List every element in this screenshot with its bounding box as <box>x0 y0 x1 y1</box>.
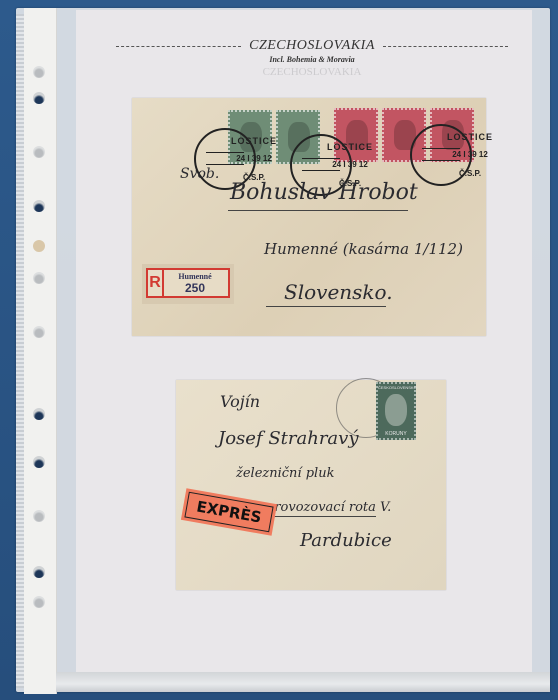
binder-hole <box>33 566 45 578</box>
page-header: CZECHOSLOVAKIA Incl. Bohemia & Moravia <box>116 38 508 64</box>
binder-hole <box>33 408 45 420</box>
sleeve-edge <box>16 14 24 688</box>
binder-hole <box>33 146 45 158</box>
binder-hole <box>33 200 45 212</box>
divider <box>383 46 508 47</box>
address-line: provozovací rota V. <box>266 500 391 515</box>
address-line: Vojín <box>220 392 260 411</box>
stamp-masaryk: ČESKOSLOVENSKO KORUNY <box>376 382 416 440</box>
ghost-print: CZECHOSLOVAKIA <box>116 66 508 78</box>
address-line: Pardubice <box>300 530 392 551</box>
binder-hole <box>33 456 45 468</box>
recipient-name: Bohuslav Hrobot <box>230 180 418 205</box>
binder-hole <box>33 66 45 78</box>
binder-hole <box>33 510 45 522</box>
recipient-name: Josef Strahravý <box>218 428 359 449</box>
sleeve-bottom-edge <box>56 672 550 692</box>
binder-hole <box>33 240 45 252</box>
binder-hole <box>33 596 45 608</box>
page-title: CZECHOSLOVAKIA <box>249 38 375 54</box>
address-line: Slovensko. <box>284 280 393 304</box>
binder-strip <box>24 8 57 694</box>
divider <box>116 46 241 47</box>
underline <box>266 516 376 517</box>
address-line: železniční pluk <box>236 466 334 481</box>
binder-hole <box>33 272 45 284</box>
address-line: Humenné (kasárna 1/112) <box>264 240 463 258</box>
binder-hole <box>33 326 45 338</box>
registration-town: Humenné <box>164 272 226 281</box>
registration-label: R Humenné 250 <box>142 264 234 304</box>
registration-letter: R <box>148 270 164 296</box>
page-subtitle: Incl. Bohemia & Moravia <box>116 55 508 64</box>
binder-hole <box>33 92 45 104</box>
postmark: LOSTICE 24 I 39 12 Č.S.P. <box>410 124 472 186</box>
registration-number: 250 <box>164 281 226 295</box>
address-prefix: Svob. <box>180 166 219 182</box>
underline <box>266 306 386 307</box>
underline <box>228 210 408 211</box>
